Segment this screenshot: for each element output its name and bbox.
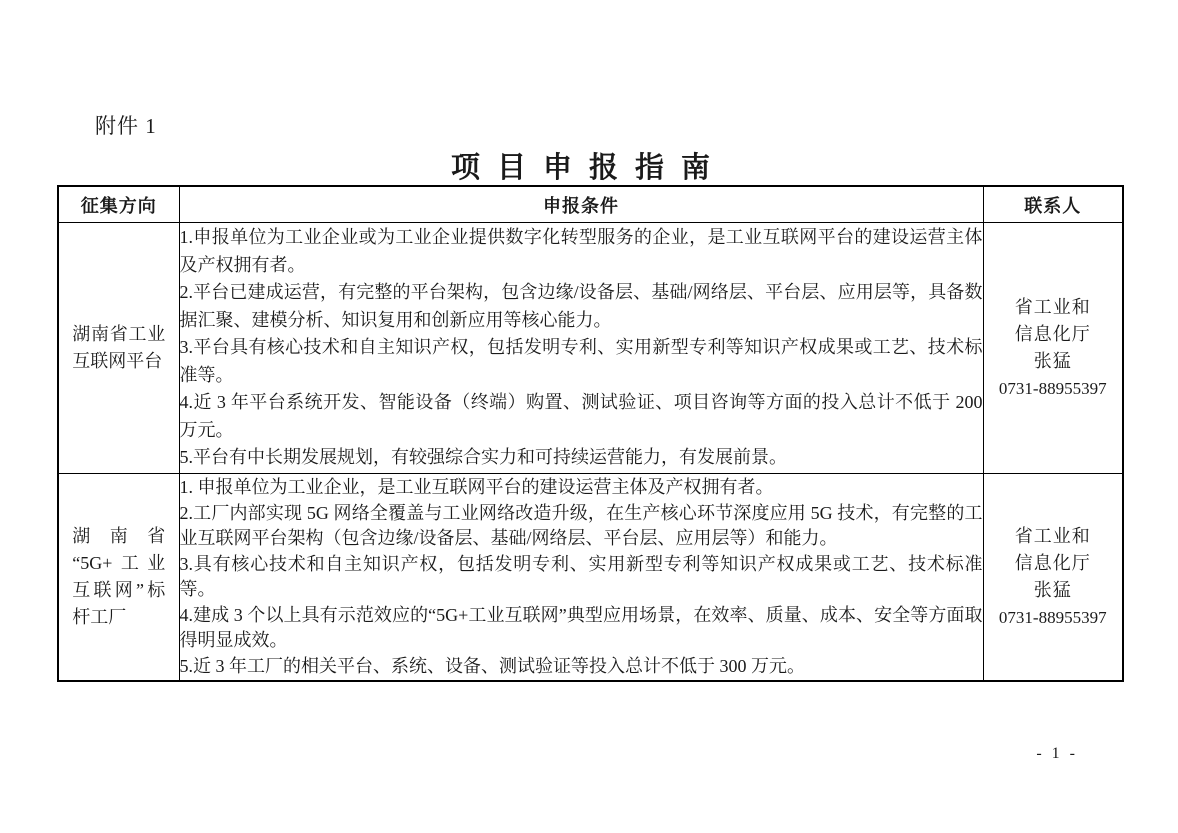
column-header-conditions: 申报条件 [179, 186, 983, 223]
attachment-label: 附件 1 [95, 110, 157, 140]
conditions-cell: 1.申报单位为工业企业或为工业企业提供数字化转型服务的企业，是工业互联网平台的建… [179, 223, 983, 474]
direction-label: 湖南省工业互联网平台 [72, 321, 165, 375]
application-guide-table: 征集方向 申报条件 联系人 湖南省工业互联网平台 1.申报单位为工业企业或为工业… [57, 185, 1124, 682]
contact-cell: 省工业和 信息化厅 张猛 0731-88955397 [983, 474, 1123, 682]
contact-person: 张猛 [984, 577, 1123, 604]
direction-label: 湖南省“5G+工业互联网”标杆工厂 [72, 523, 165, 631]
contact-org-line: 省工业和 [984, 523, 1123, 550]
contact-phone: 0731-88955397 [984, 604, 1123, 631]
table-row-5g-factory: 湖南省“5G+工业互联网”标杆工厂 1. 申报单位为工业企业，是工业互联网平台的… [58, 474, 1123, 682]
column-header-contact: 联系人 [983, 186, 1123, 223]
contact-person: 张猛 [984, 348, 1123, 375]
condition-item: 3.具有核心技术和自主知识产权，包括发明专利、实用新型专利等知识产权成果或工艺、… [180, 552, 983, 603]
document-title: 项目申报指南 [0, 145, 1178, 186]
column-header-direction: 征集方向 [58, 186, 179, 223]
contact-cell: 省工业和 信息化厅 张猛 0731-88955397 [983, 223, 1123, 474]
condition-item: 1.申报单位为工业企业或为工业企业提供数字化转型服务的企业，是工业互联网平台的建… [180, 224, 983, 279]
table-row-platform: 湖南省工业互联网平台 1.申报单位为工业企业或为工业企业提供数字化转型服务的企业… [58, 223, 1123, 474]
condition-item: 3.平台具有核心技术和自主知识产权，包括发明专利、实用新型专利等知识产权成果或工… [180, 334, 983, 389]
conditions-cell: 1. 申报单位为工业企业，是工业互联网平台的建设运营主体及产权拥有者。 2.工厂… [179, 474, 983, 682]
table-header-row: 征集方向 申报条件 联系人 [58, 186, 1123, 223]
direction-cell: 湖南省“5G+工业互联网”标杆工厂 [58, 474, 179, 682]
contact-phone: 0731-88955397 [984, 375, 1123, 402]
condition-item: 2.工厂内部实现 5G 网络全覆盖与工业网络改造升级，在生产核心环节深度应用 5… [180, 501, 983, 552]
condition-item: 1. 申报单位为工业企业，是工业互联网平台的建设运营主体及产权拥有者。 [180, 475, 983, 501]
condition-item: 4.建成 3 个以上具有示范效应的“5G+工业互联网”典型应用场景，在效率、质量… [180, 603, 983, 654]
contact-org-line: 信息化厅 [984, 321, 1123, 348]
page-number: - 1 - [1036, 745, 1078, 763]
contact-org-line: 省工业和 [984, 294, 1123, 321]
direction-cell: 湖南省工业互联网平台 [58, 223, 179, 474]
condition-item: 5.近 3 年工厂的相关平台、系统、设备、测试验证等投入总计不低于 300 万元… [180, 654, 983, 680]
contact-org-line: 信息化厅 [984, 550, 1123, 577]
condition-item: 5.平台有中长期发展规划，有较强综合实力和可持续运营能力，有发展前景。 [180, 444, 983, 472]
condition-item: 4.近 3 年平台系统开发、智能设备（终端）购置、测试验证、项目咨询等方面的投入… [180, 389, 983, 444]
condition-item: 2.平台已建成运营，有完整的平台架构，包含边缘/设备层、基础/网络层、平台层、应… [180, 279, 983, 334]
document-page: 附件 1 项目申报指南 征集方向 申报条件 联系人 湖南省工业互联网平台 1.申… [0, 0, 1178, 833]
